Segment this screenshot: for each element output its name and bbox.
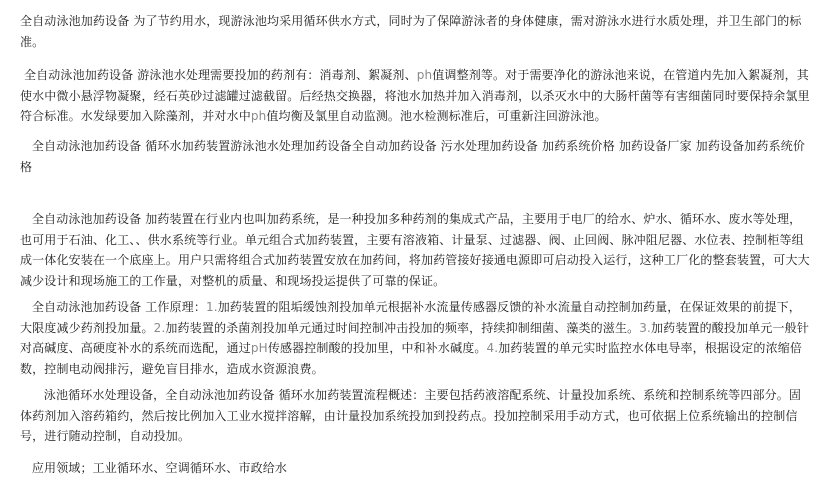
indent [20,461,32,475]
highlight-text: ph [417,68,433,82]
highlight-text: pH [251,341,268,355]
highlight-text: 3. [639,321,651,335]
indent [20,139,32,153]
indent [20,212,32,226]
highlight-text: ph [251,109,267,123]
paragraph-dosing-system: 全自动泳池加药设备 加药装置在行业内也叫加药系统，是一种投加多种药剂的集成式产品… [20,209,810,291]
indent [20,388,44,402]
paragraph-process-overview: 泳池循环水处理设备，全自动泳池加药设备 循环水加药装置流程概述：主要包括药液溶配… [20,385,810,447]
text-segment: 值均衡及氯里自动监测。池水检测标准后，可重新注回游泳池。 [266,109,606,123]
highlight-text: 4. [487,341,499,355]
paragraph-intro: 全自动泳池加药设备 为了节约用水，现游泳池均采用循环供水方式，同时为了保障游泳者… [20,11,810,52]
text-segment: 传感器控制酸的投加里，中和补水碱度。 [268,341,487,355]
indent [20,300,32,314]
text-segment: 加药装置的杀菌剂投加单元通过时间控制冲击投加的频率，持续抑制细菌、藻类的滋生。 [165,321,639,335]
text-segment: 全自动泳池加药设备 游泳池水处理需要投加的药剂有：消毒剂、絮凝剂、 [24,68,417,82]
paragraph-keywords: 全自动泳池加药设备 循环水加药装置游泳池水处理加药设备全自动加药设备 污水处理加… [20,136,810,177]
text-segment: 泳池循环水处理设备，全自动泳池加药设备 循环水加药装置流程概述：主要包括药液溶配… [20,388,801,443]
text-segment: 应用领域；工业循环水、空调循环水、市政给水 [32,461,287,475]
paragraph-applications: 应用领域；工业循环水、空调循环水、市政给水 [20,458,810,479]
text-segment: 全自动泳池加药设备 为了节约用水，现游泳池均采用循环供水方式，同时为了保障游泳者… [20,14,802,49]
text-segment: 全自动泳池加药设备 循环水加药装置游泳池水处理加药设备全自动加药设备 污水处理加… [20,139,805,174]
text-segment: 全自动泳池加药设备 加药装置在行业内也叫加药系统，是一种投加多种药剂的集成式产品… [20,212,810,288]
paragraph-working-principle: 全自动泳池加药设备 工作原理：1.加药装置的阻垢缓蚀剂投加单元根据补水流量传感器… [20,297,810,379]
text-segment: 全自动泳池加药设备 工作原理： [32,300,206,314]
paragraph-chemicals: 全自动泳池加药设备 游泳池水处理需要投加的药剂有：消毒剂、絮凝剂、ph值调整剂等… [20,65,810,127]
highlight-text: 2. [154,321,166,335]
highlight-text: 1. [206,300,218,314]
document-body: 全自动泳池加药设备 为了节约用水，现游泳池均采用循环供水方式，同时为了保障游泳者… [0,0,831,488]
